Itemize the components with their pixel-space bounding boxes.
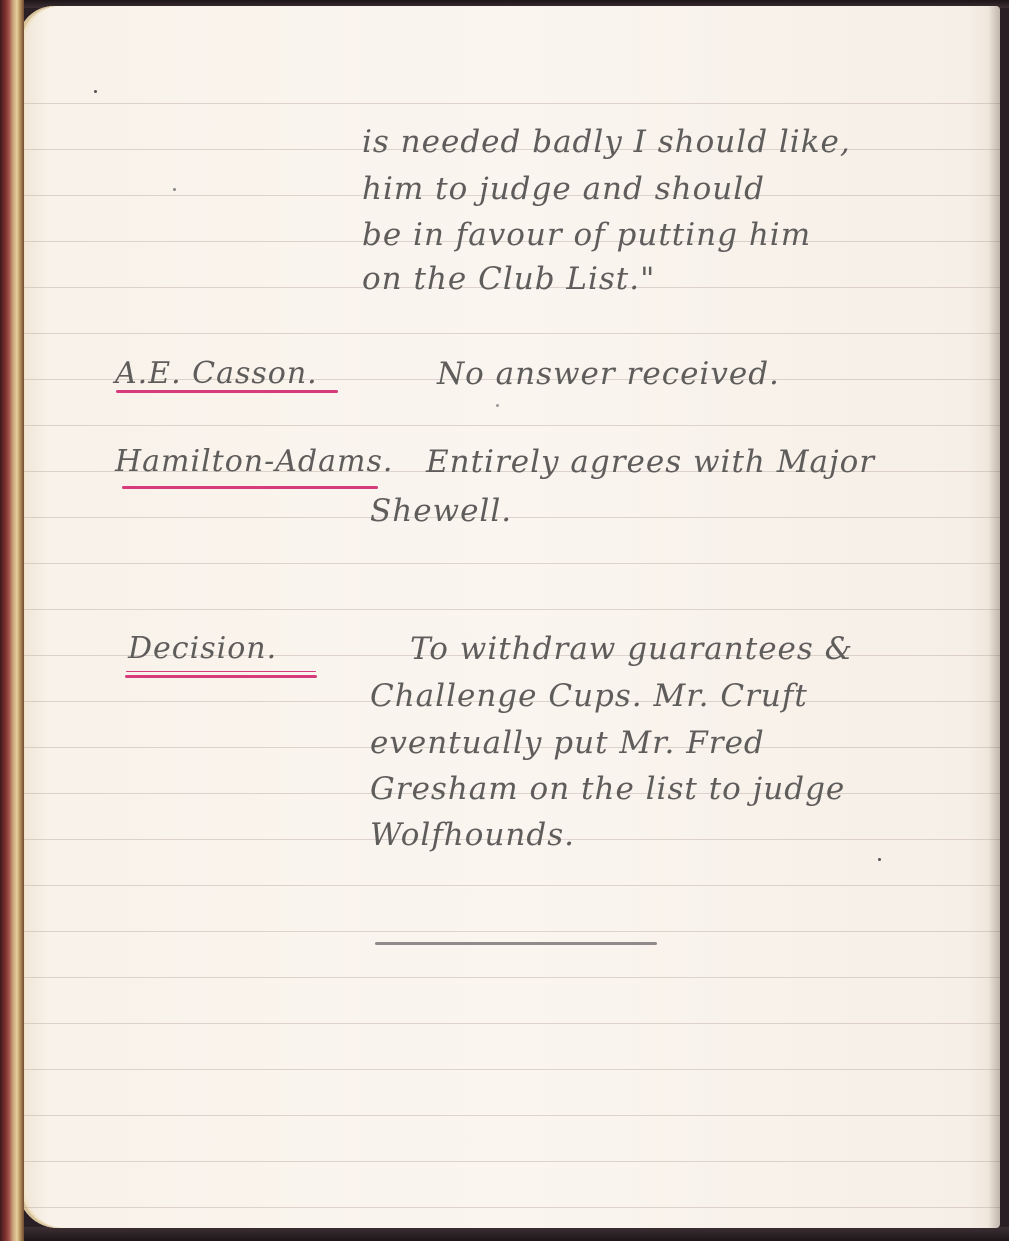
ruled-line [18, 1023, 1000, 1024]
decision-line: Gresham on the list to judge [370, 774, 845, 805]
ruled-line [18, 333, 1000, 334]
decision-line: eventually put Mr. Fred [370, 728, 765, 759]
decision-underline [125, 675, 317, 678]
entry-text: Entirely agrees with Major [426, 447, 875, 478]
decision-line: Wolfhounds. [370, 820, 575, 851]
ruled-line [18, 1115, 1000, 1116]
paper-speck [173, 188, 176, 191]
entry-text: Shewell. [370, 496, 512, 527]
book-bottom-edge [0, 1227, 1009, 1241]
ruled-line [18, 1069, 1000, 1070]
ruled-line [18, 425, 1000, 426]
paper-speck [878, 858, 881, 861]
name-underline [122, 486, 378, 489]
notebook-page: is needed badly I should like, him to ju… [18, 6, 1000, 1228]
ruled-line [18, 977, 1000, 978]
decision-line: To withdraw guarantees & [410, 634, 853, 665]
ruled-line [18, 885, 1000, 886]
continuation-line: on the Club List." [362, 264, 655, 295]
paper-speck [94, 90, 97, 93]
entry-name: Hamilton-Adams. [115, 447, 393, 477]
entry-name: A.E. Casson. [115, 359, 318, 389]
decision-label: Decision. [128, 634, 277, 664]
ruled-line [18, 1207, 1000, 1208]
page-gutter-shadow [988, 6, 1000, 1228]
continuation-line: is needed badly I should like, [362, 127, 851, 158]
section-divider [375, 942, 657, 945]
book-binding [0, 0, 24, 1241]
ruled-line [18, 563, 1000, 564]
continuation-line: him to judge and should [362, 174, 765, 205]
decision-line: Challenge Cups. Mr. Cruft [370, 681, 808, 712]
paper-speck [496, 404, 499, 407]
continuation-line: be in favour of putting him [362, 220, 811, 251]
ruled-line [18, 103, 1000, 104]
entry-text: No answer received. [437, 359, 780, 390]
ruled-line [18, 1161, 1000, 1162]
ruled-line [18, 931, 1000, 932]
ruled-line [18, 609, 1000, 610]
name-underline [116, 390, 338, 393]
